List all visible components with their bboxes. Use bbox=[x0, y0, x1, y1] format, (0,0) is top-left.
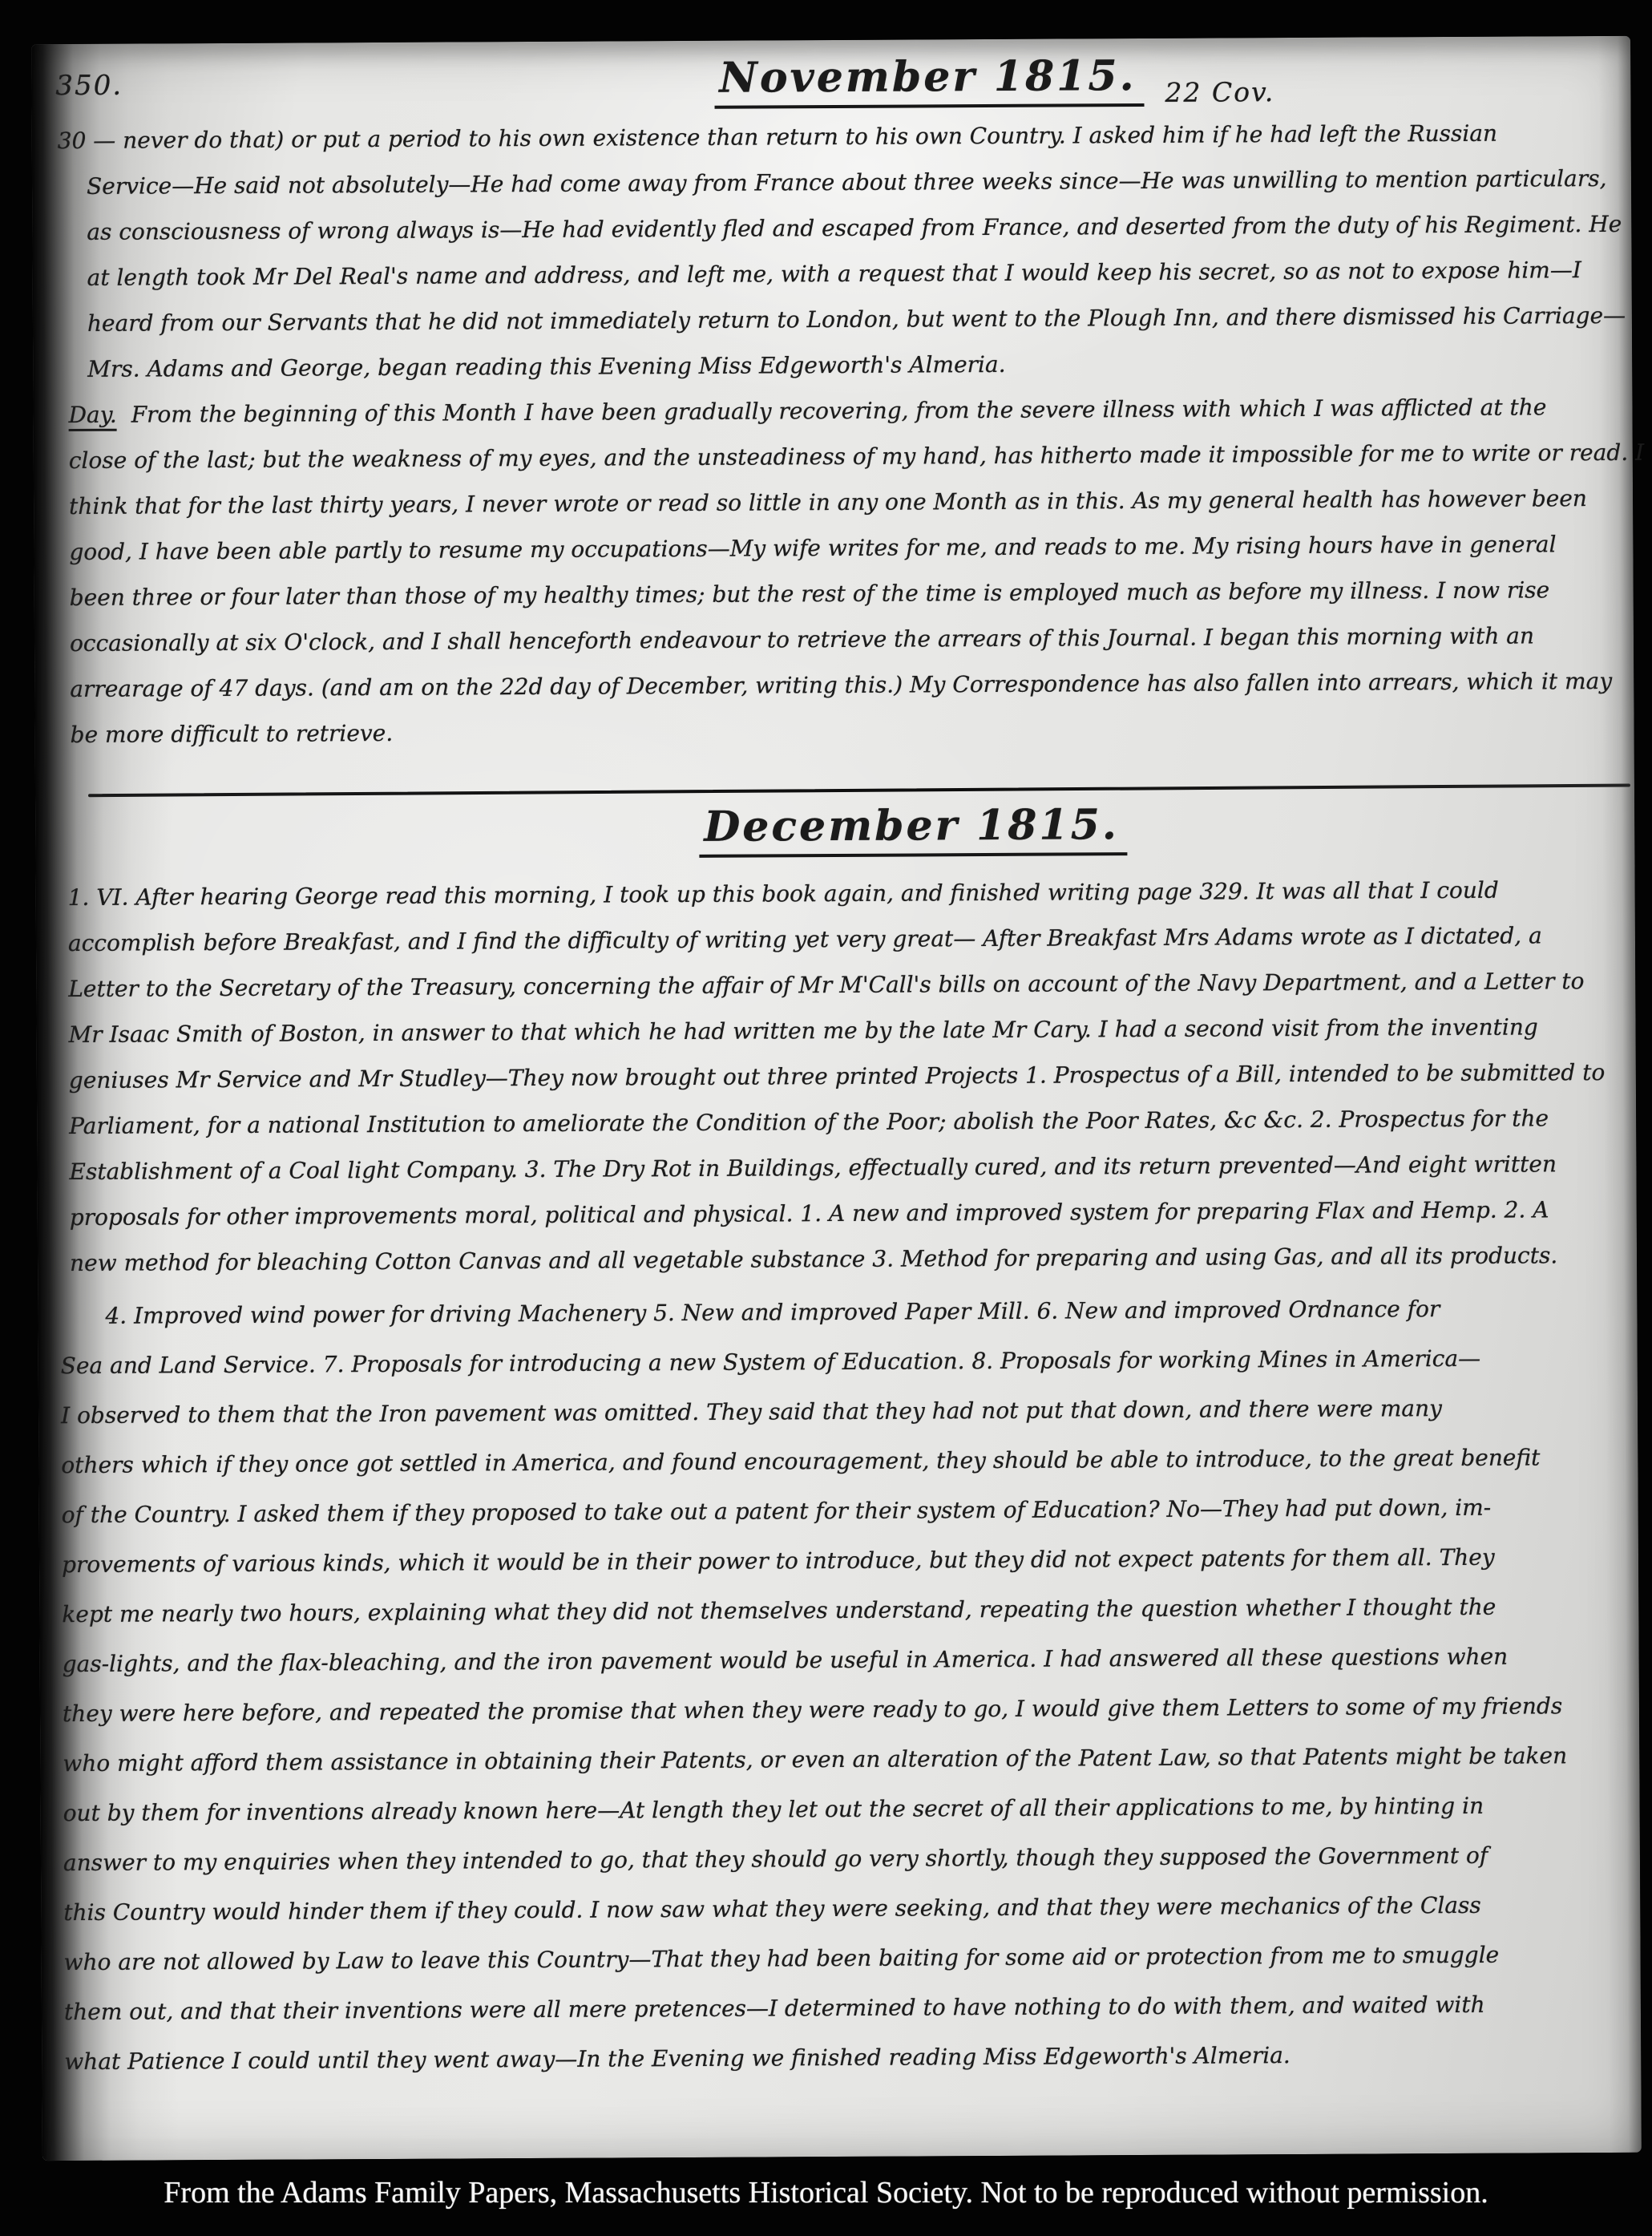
entry-line: as consciousness of wrong always is—He h… bbox=[58, 201, 1625, 255]
entry-line: good, I have been able partly to resume … bbox=[69, 521, 1645, 575]
page-number: 350. bbox=[55, 70, 123, 102]
entry-line: them out, and that their inventions were… bbox=[64, 1979, 1569, 2037]
column-note: 22 Cov. bbox=[1165, 76, 1274, 108]
entry-line-text: From the beginning of this Month I have … bbox=[131, 394, 1547, 427]
entry-line: who are not allowed by Law to leave this… bbox=[63, 1930, 1568, 1987]
entry-line: who might afford them assistance in obta… bbox=[63, 1731, 1567, 1789]
entry-line: at length took Mr Del Real's name and ad… bbox=[58, 247, 1625, 301]
entry-line: 1. VI. After hearing George read this mo… bbox=[68, 867, 1605, 920]
entry-line: heard from our Servants that he did not … bbox=[59, 293, 1626, 346]
section-divider bbox=[88, 783, 1630, 797]
entry-line: been three or four later than those of m… bbox=[70, 567, 1646, 621]
entry-line: geniuses Mr Service and Mr Studley—They … bbox=[69, 1049, 1606, 1103]
entry-line: answer to my enquiries when they intende… bbox=[63, 1830, 1568, 1888]
entry-line: 4. Improved wind power for driving Mache… bbox=[60, 1284, 1565, 1341]
entry-line: I observed to them that the Iron pavemen… bbox=[61, 1383, 1565, 1441]
entry-line: new method for bleaching Cotton Canvas a… bbox=[70, 1232, 1606, 1286]
entry-line: Parliament, for a national Institution t… bbox=[69, 1095, 1606, 1149]
entry-line: be more difficult to retrieve. bbox=[70, 704, 1646, 758]
entry-line: Establishment of a Coal light Company. 3… bbox=[69, 1141, 1606, 1195]
paper-page: 350. November 1815. 22 Cov. 30 — never d… bbox=[31, 36, 1642, 2161]
entry-line: 30 — never do that) or put a period to h… bbox=[58, 110, 1625, 164]
entry-line: Day.From the beginning of this Month I h… bbox=[68, 384, 1644, 438]
entry-line: kept me nearly two hours, explaining wha… bbox=[62, 1582, 1566, 1640]
entry-line: close of the last; but the weakness of m… bbox=[69, 430, 1645, 483]
entry-line: of the Country. I asked them if they pro… bbox=[62, 1482, 1566, 1540]
december-header: December 1815. bbox=[699, 800, 1127, 858]
entry-line: arrearage of 47 days. (and am on the 22d… bbox=[70, 658, 1646, 712]
entry-december-1-part1: 1. VI. After hearing George read this mo… bbox=[68, 867, 1606, 1286]
entry-line: they were here before, and repeated the … bbox=[63, 1681, 1567, 1739]
entry-line: Letter to the Secretary of the Treasury,… bbox=[68, 958, 1605, 1012]
entry-line: provements of various kinds, which it wo… bbox=[62, 1532, 1566, 1590]
entry-line: occasionally at six O'clock, and I shall… bbox=[70, 613, 1646, 666]
entry-line: this Country would hinder them if they c… bbox=[63, 1880, 1568, 1938]
entry-day-summary: Day.From the beginning of this Month I h… bbox=[68, 384, 1646, 758]
entry-line: others which if they once got settled in… bbox=[61, 1433, 1565, 1490]
entry-line: what Patience I could until they went aw… bbox=[64, 2029, 1569, 2087]
entry-line: Mr Isaac Smith of Boston, in answer to t… bbox=[68, 1004, 1605, 1057]
entry-line: think that for the last thirty years, I … bbox=[69, 475, 1645, 529]
footer-credit: From the Adams Family Papers, Massachuse… bbox=[0, 2175, 1652, 2217]
manuscript-scan: 350. November 1815. 22 Cov. 30 — never d… bbox=[0, 0, 1652, 2236]
entry-line: accomplish before Breakfast, and I find … bbox=[68, 912, 1605, 966]
day-label: Day. bbox=[68, 402, 116, 431]
entry-line: out by them for inventions already known… bbox=[63, 1781, 1567, 1838]
entry-december-1-part2: 4. Improved wind power for driving Mache… bbox=[60, 1284, 1569, 2087]
entry-november-30: 30 — never do that) or put a period to h… bbox=[58, 110, 1626, 392]
entry-line: proposals for other improvements moral, … bbox=[70, 1187, 1606, 1240]
entry-line: Sea and Land Service. 7. Proposals for i… bbox=[61, 1333, 1565, 1391]
entry-line: Service—He said not absolutely—He had co… bbox=[58, 156, 1625, 209]
entry-line: Mrs. Adams and George, began reading thi… bbox=[59, 338, 1626, 392]
november-header: November 1815. bbox=[714, 51, 1145, 109]
entry-line: gas-lights, and the flax-bleaching, and … bbox=[63, 1632, 1567, 1689]
